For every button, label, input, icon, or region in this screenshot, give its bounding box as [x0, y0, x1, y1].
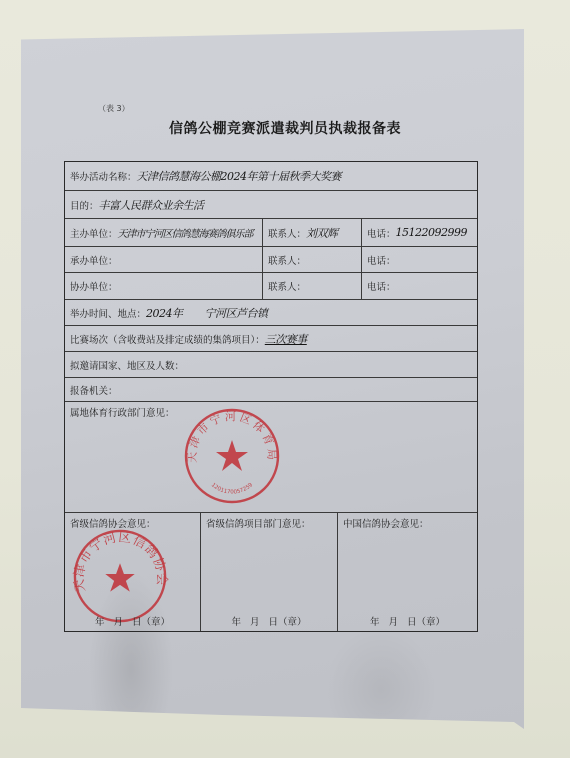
- organizer-phone-value[interactable]: 15122092999: [396, 226, 467, 239]
- undertaker-phone-label: 电话：: [367, 253, 396, 267]
- activity-name-label: 举办活动名称：: [70, 169, 137, 183]
- provincial-project-opinion-label: 省级信鸽项目部门意见：: [206, 516, 311, 530]
- svg-text:1201170057259: 1201170057259: [210, 482, 255, 496]
- provincial-association-opinion: 省级信鸽协会意见： 天津市宁河区信鸽协会 年 月 日（章）: [65, 513, 201, 631]
- organizer-contact-label: 联系人：: [268, 226, 306, 240]
- co-organizer-phone-label: 电话：: [367, 279, 396, 293]
- organizer-label: 主办单位：: [70, 226, 118, 240]
- row-local-sports-opinion: 属地体育行政部门意见： 天津市宁河区体育局 1201170057259: [65, 402, 477, 513]
- local-sports-opinion-label: 属地体育行政部门意见：: [70, 405, 175, 419]
- filing-form: 举办活动名称： 天津信鸽慧海公棚2024年第十届秋季大奖赛 目的： 丰富人民群众…: [64, 161, 478, 632]
- co-organizer-label: 协办单位：: [70, 279, 118, 293]
- time-place-year[interactable]: 2024年: [146, 305, 183, 321]
- purpose-label: 目的：: [70, 198, 99, 212]
- china-association-opinion-label: 中国信鸽协会意见：: [343, 516, 429, 530]
- invited-label: 拟邀请国家、地区及人数：: [70, 358, 184, 372]
- row-filing-authority: 报备机关：: [65, 378, 477, 402]
- row-co-organizer: 协办单位： 联系人： 电话：: [65, 273, 477, 300]
- row-invited: 拟邀请国家、地区及人数：: [65, 352, 477, 378]
- provincial-project-opinion: 省级信鸽项目部门意见： 年 月 日（章）: [201, 513, 338, 631]
- star-icon: [105, 563, 134, 591]
- undertaker-contact-label: 联系人：: [268, 253, 306, 267]
- purpose-value[interactable]: 丰富人民群众业余生活: [99, 197, 204, 213]
- race-sessions-value[interactable]: 三次赛事: [265, 331, 307, 347]
- provincial-project-date: 年 月 日（章）: [201, 614, 337, 628]
- provincial-association-date: 年 月 日（章）: [65, 614, 200, 628]
- activity-name-value[interactable]: 天津信鸽慧海公棚2024年第十届秋季大奖赛: [137, 168, 342, 184]
- race-sessions-label: 比赛场次（含收费站及排定成绩的集鸽项目）：: [70, 332, 265, 346]
- co-organizer-contact-label: 联系人：: [268, 279, 306, 293]
- row-time-place: 举办时间、地点： 2024年 宁河区芦台镇: [65, 300, 477, 326]
- organizer-contact-value[interactable]: 刘双辉: [306, 225, 338, 241]
- time-place-location[interactable]: 宁河区芦台镇: [205, 305, 268, 321]
- undertaker-label: 承办单位：: [70, 253, 118, 267]
- opinion-section: 省级信鸽协会意见： 天津市宁河区信鸽协会 年 月 日（章） 省级信鸽项目部门意见…: [65, 513, 477, 631]
- row-undertaker: 承办单位： 联系人： 电话：: [65, 247, 477, 273]
- time-place-label: 举办时间、地点：: [70, 306, 146, 320]
- organizer-value[interactable]: 天津市宁河区信鸽慧海赛鸽俱乐部: [118, 225, 253, 240]
- china-association-date: 年 月 日（章）: [338, 614, 477, 628]
- document-title: 信鸽公棚竞赛派遣裁判员执裁报备表: [0, 118, 570, 138]
- row-organizer: 主办单位： 天津市宁河区信鸽慧海赛鸽俱乐部 联系人： 刘双辉 电话： 15122…: [65, 219, 477, 247]
- organizer-phone-label: 电话：: [367, 226, 396, 240]
- row-race-sessions: 比赛场次（含收费站及排定成绩的集鸽项目）： 三次赛事: [65, 326, 477, 352]
- filing-authority-label: 报备机关：: [70, 383, 118, 397]
- sports-bureau-stamp: 天津市宁河区体育局 1201170057259: [182, 406, 282, 506]
- china-association-opinion: 中国信鸽协会意见： 年 月 日（章）: [338, 513, 477, 631]
- star-icon: [216, 440, 248, 471]
- sports-bureau-stamp-code: 1201170057259: [210, 482, 255, 496]
- table-number: （表 3）: [98, 103, 130, 114]
- row-purpose: 目的： 丰富人民群众业余生活: [65, 191, 477, 219]
- row-activity-name: 举办活动名称： 天津信鸽慧海公棚2024年第十届秋季大奖赛: [65, 162, 477, 191]
- pigeon-association-stamp: 天津市宁河区信鸽协会: [71, 527, 169, 625]
